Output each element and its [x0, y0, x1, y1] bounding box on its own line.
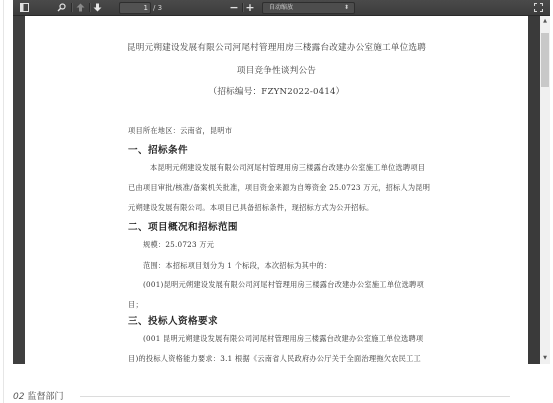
paragraph-line: 元朔建设发展有限公司。本项目已具备招标条件，现招标方式为公开招标。 [128, 203, 373, 213]
pdf-toolbar: 1 / 3 − + 自动缩放 ⬍ [13, 0, 550, 16]
zoom-in-button[interactable]: + [245, 2, 255, 13]
section-header: 02监督部门 [13, 389, 63, 402]
page-number-input[interactable]: 1 [119, 2, 151, 14]
paragraph-line: (001)昆明元朔建设发展有限公司河尾村管理用房三楼露台改建办公室施工单位选聘项 [143, 280, 424, 290]
section-heading-3: 三、投标人资格要求 [128, 313, 218, 327]
content-border [3, 0, 4, 403]
previous-page-button[interactable] [75, 2, 86, 13]
section-heading-2: 二、项目概况和招标范围 [128, 219, 238, 233]
pdf-viewer: 1 / 3 − + 自动缩放 ⬍ 昆明元朔建设发展有限公司河尾村管理用房三楼露台… [13, 0, 550, 364]
pdf-page: 昆明元朔建设发展有限公司河尾村管理用房三楼露台改建办公室施工单位选聘 项目竞争性… [25, 16, 528, 364]
paragraph-line: 已由项目审批/核准/备案机关批准，项目资金来源为自筹资金 25.0723 万元，… [128, 183, 430, 193]
vertical-scrollbar[interactable]: ▲ ▼ [540, 16, 550, 364]
section-heading-1: 一、招标条件 [128, 142, 188, 156]
page-total: / 3 [153, 3, 162, 13]
document-title-line-2: 项目竞争性谈判公告 [25, 64, 528, 76]
toolbar-separator [89, 3, 90, 12]
fullscreen-button[interactable] [533, 2, 544, 13]
paragraph-line: 规模：25.0723 万元 [143, 240, 214, 250]
viewer-gutter-left [13, 16, 25, 364]
select-arrow-icon: ⬍ [344, 3, 349, 13]
paragraph-line: 范围：本招标项目划分为 1 个标段，本次招标为其中的： [143, 261, 331, 271]
arrow-up-icon [76, 3, 85, 12]
scrollbar-thumb[interactable] [541, 33, 549, 87]
sidebar-toggle-button[interactable] [19, 2, 30, 13]
section-title: 监督部门 [27, 392, 63, 402]
section-number: 02 [13, 392, 24, 402]
paragraph-line: 目； [128, 300, 143, 310]
sidebar-toggle-icon [20, 3, 29, 12]
viewer-gutter-right [528, 16, 540, 364]
search-icon [57, 3, 66, 12]
next-page-button[interactable] [92, 2, 103, 13]
paragraph-line: 本昆明元朔建设发展有限公司河尾村管理用房三楼露台改建办公室施工单位选聘项目 [150, 163, 425, 173]
project-location: 项目所在地区：云南省，昆明市 [128, 126, 232, 136]
paragraph-line: (001 昆明元朔建设发展有限公司河尾村管理用房三楼露台改建办公室施工单位选聘项 [143, 334, 423, 344]
search-button[interactable] [56, 2, 67, 13]
scale-select[interactable]: 自动缩放 ⬍ [262, 2, 355, 14]
document-title-line-1: 昆明元朔建设发展有限公司河尾村管理用房三楼露台改建办公室施工单位选聘 [25, 41, 528, 53]
scale-select-value: 自动缩放 [269, 4, 293, 11]
toolbar-separator [242, 3, 243, 12]
toolbar-separator [71, 3, 72, 12]
fullscreen-icon [534, 3, 543, 12]
section-divider [80, 396, 510, 397]
paragraph-line: 目)的投标人资格能力要求：3.1 根据《云南省人民政府办公厅关于全面治理拖欠农民… [128, 354, 421, 364]
arrow-down-icon [93, 3, 102, 12]
scroll-up-arrow-icon[interactable]: ▲ [540, 17, 550, 26]
zoom-out-button[interactable]: − [229, 2, 239, 13]
document-tender-number: （招标编号：FZYN2022-0414） [25, 85, 528, 97]
scroll-down-arrow-icon[interactable]: ▼ [540, 354, 550, 363]
